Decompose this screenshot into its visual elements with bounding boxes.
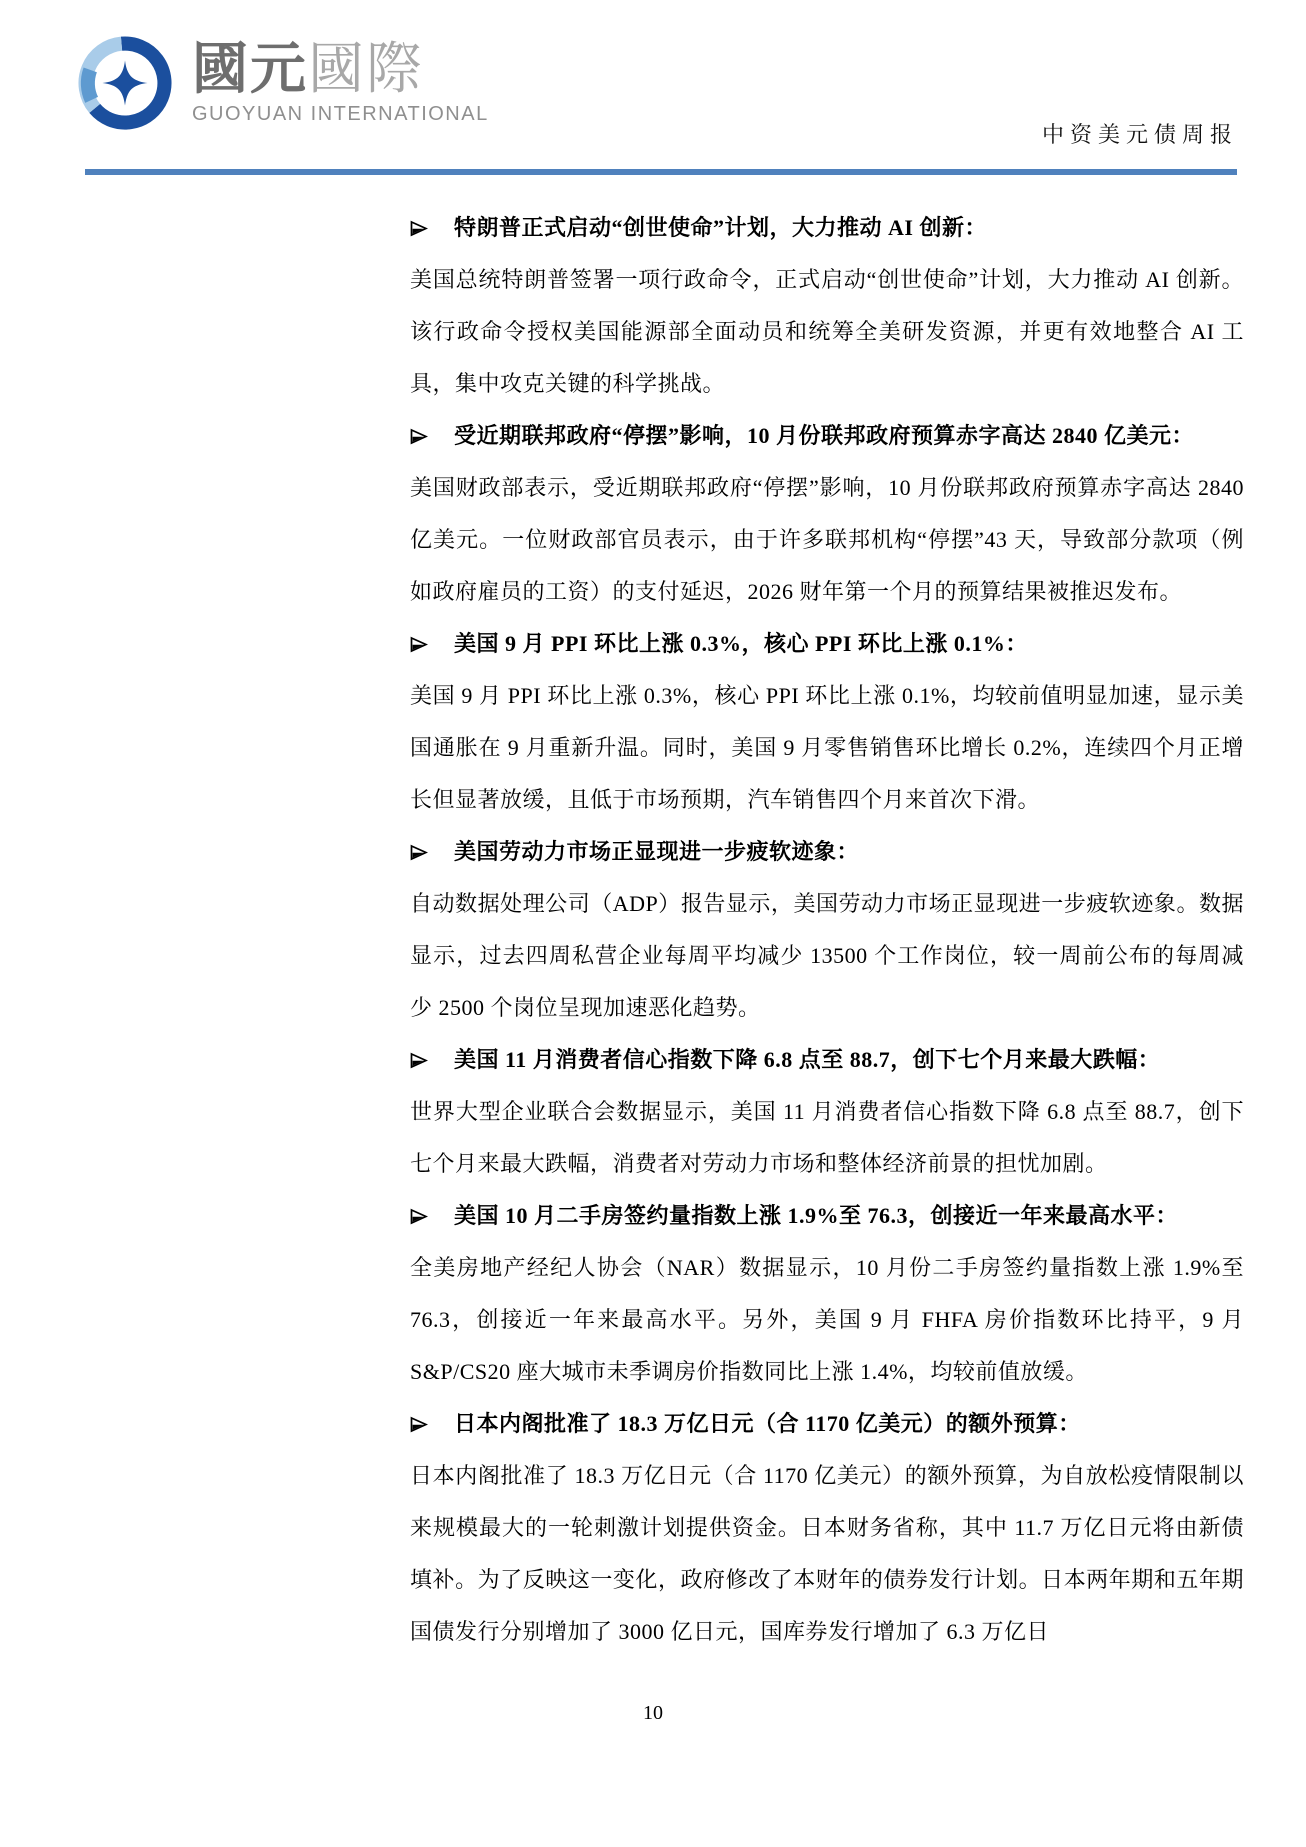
section-ppi: 美国 9 月 PPI 环比上涨 0.3%，核心 PPI 环比上涨 0.1%： 美… bbox=[410, 618, 1244, 826]
section-heading: 受近期联邦政府“停摆”影响，10 月份联邦政府预算赤字高达 2840 亿美元： bbox=[410, 410, 1244, 462]
section-paragraph: 日本内阁批准了 18.3 万亿日元（合 1170 亿美元）的额外预算，为自放松疫… bbox=[410, 1450, 1244, 1658]
section-heading: 美国 10 月二手房签约量指数上涨 1.9%至 76.3，创接近一年来最高水平： bbox=[410, 1190, 1244, 1242]
section-heading: 日本内阁批准了 18.3 万亿日元（合 1170 亿美元）的额外预算： bbox=[410, 1398, 1244, 1450]
arrowhead-right-icon bbox=[410, 636, 428, 653]
arrowhead-right-icon bbox=[410, 1052, 428, 1069]
arrowhead-right-icon bbox=[410, 220, 428, 237]
section-heading-text: 美国劳动力市场正显现进一步疲软迹象： bbox=[454, 826, 859, 878]
section-heading: 美国 9 月 PPI 环比上涨 0.3%，核心 PPI 环比上涨 0.1%： bbox=[410, 618, 1244, 670]
section-pending-home-sales: 美国 10 月二手房签约量指数上涨 1.9%至 76.3，创接近一年来最高水平：… bbox=[410, 1190, 1244, 1398]
arrowhead-right-icon bbox=[410, 1416, 428, 1433]
section-paragraph: 全美房地产经纪人协会（NAR）数据显示，10 月份二手房签约量指数上涨 1.9%… bbox=[410, 1242, 1244, 1398]
report-body: 特朗普正式启动“创世使命”计划，大力推动 AI 创新： 美国总统特朗普签署一项行… bbox=[410, 202, 1244, 1658]
section-heading-text: 特朗普正式启动“创世使命”计划，大力推动 AI 创新： bbox=[454, 202, 987, 254]
section-paragraph: 世界大型企业联合会数据显示，美国 11 月消费者信心指数下降 6.8 点至 88… bbox=[410, 1086, 1244, 1190]
document-title: 中资美元债周报 bbox=[1042, 118, 1238, 149]
section-heading: 美国 11 月消费者信心指数下降 6.8 点至 88.7，创下七个月来最大跌幅： bbox=[410, 1034, 1244, 1086]
section-heading-text: 美国 10 月二手房签约量指数上涨 1.9%至 76.3，创接近一年来最高水平： bbox=[454, 1190, 1178, 1242]
section-heading-text: 受近期联邦政府“停摆”影响，10 月份联邦政府预算赤字高达 2840 亿美元： bbox=[454, 410, 1194, 462]
logo-cn-secondary: 國際 bbox=[308, 39, 424, 101]
section-paragraph: 美国 9 月 PPI 环比上涨 0.3%，核心 PPI 环比上涨 0.1%，均较… bbox=[410, 670, 1244, 826]
section-paragraph: 美国总统特朗普签署一项行政命令，正式启动“创世使命”计划，大力推动 AI 创新。… bbox=[410, 254, 1244, 410]
page-number: 10 bbox=[0, 1702, 1306, 1725]
logo-chinese-name: 國元國際 bbox=[192, 40, 489, 100]
company-logo: 國元國際 GUOYUAN INTERNATIONAL bbox=[78, 36, 489, 130]
section-budget-deficit: 受近期联邦政府“停摆”影响，10 月份联邦政府预算赤字高达 2840 亿美元： … bbox=[410, 410, 1244, 618]
section-paragraph: 自动数据处理公司（ADP）报告显示，美国劳动力市场正显现进一步疲软迹象。数据显示… bbox=[410, 878, 1244, 1034]
section-heading-text: 日本内阁批准了 18.3 万亿日元（合 1170 亿美元）的额外预算： bbox=[454, 1398, 1081, 1450]
section-heading: 特朗普正式启动“创世使命”计划，大力推动 AI 创新： bbox=[410, 202, 1244, 254]
logo-english-name: GUOYUAN INTERNATIONAL bbox=[192, 103, 489, 126]
section-heading: 美国劳动力市场正显现进一步疲软迹象： bbox=[410, 826, 1244, 878]
section-paragraph: 美国财政部表示，受近期联邦政府“停摆”影响，10 月份联邦政府预算赤字高达 28… bbox=[410, 462, 1244, 618]
arrowhead-right-icon bbox=[410, 844, 428, 861]
logo-cn-primary: 國元 bbox=[192, 39, 308, 101]
report-page: 國元國際 GUOYUAN INTERNATIONAL 中资美元债周报 特朗普正式… bbox=[0, 0, 1306, 1847]
section-labor-market: 美国劳动力市场正显现进一步疲软迹象： 自动数据处理公司（ADP）报告显示，美国劳… bbox=[410, 826, 1244, 1034]
arrowhead-right-icon bbox=[410, 1208, 428, 1225]
logo-wordmark: 國元國際 GUOYUAN INTERNATIONAL bbox=[192, 40, 489, 126]
section-japan-budget: 日本内阁批准了 18.3 万亿日元（合 1170 亿美元）的额外预算： 日本内阁… bbox=[410, 1398, 1244, 1658]
header-divider-rule bbox=[85, 169, 1237, 175]
section-trump-ai: 特朗普正式启动“创世使命”计划，大力推动 AI 创新： 美国总统特朗普签署一项行… bbox=[410, 202, 1244, 410]
section-heading-text: 美国 11 月消费者信心指数下降 6.8 点至 88.7，创下七个月来最大跌幅： bbox=[454, 1034, 1160, 1086]
section-heading-text: 美国 9 月 PPI 环比上涨 0.3%，核心 PPI 环比上涨 0.1%： bbox=[454, 618, 1028, 670]
guoyuan-emblem-icon bbox=[78, 36, 172, 130]
section-consumer-confidence: 美国 11 月消费者信心指数下降 6.8 点至 88.7，创下七个月来最大跌幅：… bbox=[410, 1034, 1244, 1190]
arrowhead-right-icon bbox=[410, 428, 428, 445]
